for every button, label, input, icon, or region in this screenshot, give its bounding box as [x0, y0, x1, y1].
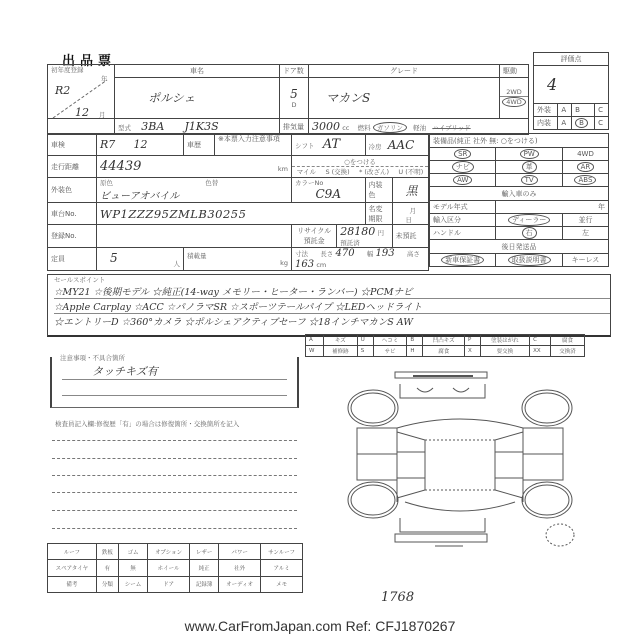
legend-code: C	[530, 335, 551, 346]
options-cell: アルミ	[261, 560, 303, 576]
capacity-unit: 人	[174, 259, 181, 268]
car-name: ポルシェ	[148, 91, 195, 105]
options-cell: シーム	[119, 576, 148, 592]
width-value: 193	[376, 248, 395, 259]
legend-code: XX	[530, 346, 551, 357]
model-prefix: 3BA	[141, 120, 164, 133]
inspection-label: 車検	[48, 134, 97, 156]
car-outline-icon	[335, 360, 585, 550]
model-label: 型式	[118, 124, 131, 132]
watermark: www.CarFromJapan.com Ref: CFJ1870267	[0, 618, 640, 634]
diagonal-line	[51, 74, 111, 122]
length-value: 470	[335, 248, 354, 259]
legend-meaning: 補修跡	[323, 346, 357, 357]
options-table: ルーフ鉄板ゴムオプションレザーパワーサンルーフスペアタイヤ有無ホイール純正社外ア…	[47, 543, 303, 593]
inspector-title: 検査員記入欄:修復歴「有」の場合は修復箇所・交換箇所を記入	[55, 419, 239, 428]
legend-code: B	[407, 335, 423, 346]
handle-label: ハンドル	[430, 227, 496, 240]
inspector-line	[52, 458, 297, 459]
grade-label: グレード	[309, 65, 500, 78]
color-label: 外装色	[48, 178, 97, 203]
inspector-line	[52, 528, 297, 529]
grade-value: マカンS	[326, 91, 370, 105]
fuel-diesel: 軽油	[413, 124, 426, 132]
doors-unit: D	[283, 101, 305, 109]
ext-grade-b: B	[572, 104, 595, 117]
color-change-label: 色替	[205, 179, 218, 187]
mileage-label: 走行距離	[48, 156, 97, 178]
equipment-header: 装備品(純正 社外 無: ○をつける)	[430, 134, 609, 148]
equip-leather: 革	[522, 161, 537, 173]
sales-points-label: セールスポイント	[54, 275, 610, 284]
interior-color-label: 内装色	[365, 178, 392, 203]
drive-top-label: 駆動	[500, 65, 529, 78]
options-cell: 純正	[190, 560, 219, 576]
legend-code: X	[465, 346, 481, 357]
aircon-label: 冷房	[369, 143, 382, 151]
legend-meaning: ヘコミ	[373, 335, 407, 346]
options-cell: スペアタイヤ	[48, 560, 97, 576]
legend-code: P	[465, 335, 481, 346]
equip-ar: AR	[577, 162, 595, 172]
options-cell: 社外	[219, 560, 261, 576]
vin-label: 車台No.	[48, 203, 97, 225]
exterior-label: 外装	[534, 104, 558, 117]
equip-abs: ABS	[574, 175, 596, 185]
legend-code: H	[407, 346, 423, 357]
height-value: 163	[295, 259, 314, 270]
mileage-opt-unknown: U (不明)	[398, 167, 423, 176]
int-grade-a: A	[558, 117, 572, 130]
score-value: 4	[547, 75, 557, 94]
int-grade-b-circled: B	[575, 118, 588, 128]
doc-manual-circled: 取扱説明書	[508, 254, 551, 266]
width-label: 幅	[367, 250, 374, 258]
interior-color-value: 黒	[406, 184, 418, 198]
doc-warranty-circled: 新車保証書	[441, 254, 484, 266]
load-label: 積載量	[187, 252, 207, 260]
options-cell: ゴム	[119, 544, 148, 560]
doors-label: ドア数	[280, 65, 309, 78]
length-label: 長さ	[320, 250, 333, 258]
legend-code: S	[357, 346, 373, 357]
equip-navi: ナビ	[452, 161, 474, 173]
legend-meaning: 交換済	[551, 346, 585, 357]
shift-label: シフト	[295, 142, 315, 150]
aircon-value: AAC	[388, 138, 415, 152]
registration-no-label: 登録No.	[48, 225, 97, 248]
equipment-table: 装備品(純正 社外 無: ○をつける) SR PW 4WD ナビ 革 AR AW…	[429, 133, 609, 267]
options-cell: オーディオ	[219, 576, 261, 592]
inspector-line	[52, 440, 297, 441]
legend-meaning: 腐食	[551, 335, 585, 346]
equip-4wd: 4WD	[562, 148, 608, 161]
name-change-label: 名変期限	[365, 203, 392, 225]
options-cell: 備考	[48, 576, 97, 592]
options-cell: 無	[119, 560, 148, 576]
recycle-unpaid: 未預託	[392, 225, 429, 248]
score-table: 評価点 4 外装 A B C 内装 A B C	[533, 52, 609, 130]
model-year-unit: 年	[496, 201, 609, 214]
color-no-value: C9A	[295, 187, 362, 201]
options-cell: 有	[96, 560, 118, 576]
color-orig-label: 原色	[100, 179, 113, 187]
legend-code: W	[306, 346, 324, 357]
options-cell: 分類	[96, 576, 118, 592]
fuel-label: 燃料	[358, 124, 371, 132]
notes-content: タッチキズ有	[92, 363, 158, 379]
displacement-unit: cc	[342, 124, 349, 132]
history-note: ※本票入力注意事項	[215, 134, 292, 156]
recycle-unit: 円	[378, 229, 385, 237]
inspector-line	[52, 475, 297, 476]
vin-value: WP1ZZZ95ZMLB30255	[100, 207, 246, 221]
inspection-value: R7	[100, 138, 115, 151]
capacity-label: 定員	[48, 248, 97, 271]
equip-sr: SR	[454, 149, 471, 159]
equip-pw: PW	[520, 149, 539, 159]
handle-right-circled: 右	[522, 227, 537, 239]
name-change-day: 日	[406, 216, 413, 224]
model-year-label: モデル年式	[430, 201, 496, 214]
equip-tv: TV	[521, 175, 538, 185]
interior-label: 内装	[534, 117, 558, 130]
load-unit: kg	[280, 259, 288, 267]
options-cell: ホイール	[148, 560, 190, 576]
fuel-selected: ガソリン	[373, 122, 407, 133]
name-change-month: 月	[410, 207, 417, 215]
height-label: 高さ	[407, 250, 420, 258]
capacity-value: 5	[110, 251, 118, 265]
inspector-line	[52, 510, 297, 511]
damage-legend: AキズUヘコミB凹凸キズP塗装はがれC腐食 W補修跡SサビH腐食X要交換XX交換…	[305, 334, 585, 357]
mileage-opt-mile: マイル	[297, 167, 316, 176]
options-cell: 鉄板	[96, 544, 118, 560]
int-grade-c: C	[595, 117, 609, 130]
options-cell: レザー	[190, 544, 219, 560]
legend-meaning: 塗装はがれ	[480, 335, 530, 346]
options-cell: 記録簿	[190, 576, 219, 592]
recycle-label: リサイクル預託金	[292, 225, 337, 248]
options-cell: メモ	[261, 576, 303, 592]
drive-2wd: 2WD	[500, 88, 528, 97]
recycle-value: 28180	[340, 225, 375, 238]
sales-point-line-2: ☆Apple Carplay ☆ACC ☆パノラマSR ☆スポーツテールパイプ …	[54, 299, 610, 314]
options-cell: ルーフ	[48, 544, 97, 560]
options-cell: ドア	[148, 576, 190, 592]
shift-value: AT	[323, 137, 340, 152]
drive-4wd-circled: 4WD	[502, 97, 526, 107]
car-damage-diagram	[335, 360, 585, 550]
notes-box: 注意事項・不具合箇所 タッチキズ有	[50, 357, 299, 408]
legend-meaning: キズ	[323, 335, 357, 346]
docs-header: 後日発送品	[430, 240, 609, 254]
options-cell: サンルーフ	[261, 544, 303, 560]
header-table: 初年度登録 R2 年 12 月 車名 ドア数 グレード 駆動 ポルシェ 5 D …	[47, 64, 529, 135]
mileage-opt-tampered: * (改ざん)	[359, 167, 389, 176]
size-unit: cm	[316, 261, 326, 269]
mileage-value: 44439	[100, 159, 141, 174]
fuel-hybrid: ハイブリッド	[432, 124, 470, 132]
notes-title: 注意事項・不具合箇所	[58, 353, 127, 362]
mileage-status-header: ○をつける	[292, 157, 428, 167]
sales-points-box: セールスポイント ☆MY21 ☆後期モデル ☆純正(14-way メモリー・ヒー…	[47, 274, 611, 337]
mileage-opt-replaced: S (交換)	[325, 167, 349, 176]
ext-grade-a: A	[558, 104, 572, 117]
color-orig-value: ビューアオバイル	[100, 187, 288, 202]
details-table: 車検 R7 12 車歴 ※本票入力注意事項 シフト AT 冷房 AAC 走行距離…	[47, 133, 429, 271]
doc-keyless: キーレス	[562, 254, 608, 267]
handle-left: 左	[562, 227, 608, 240]
options-cell: パワー	[219, 544, 261, 560]
legend-code: U	[357, 335, 373, 346]
ext-grade-c: C	[595, 104, 609, 117]
legend-code: A	[306, 335, 324, 346]
doors-value: 5	[283, 87, 305, 101]
legend-meaning: 凹凸キズ	[423, 335, 465, 346]
car-name-label: 車名	[115, 65, 280, 78]
import-parallel: 並行	[562, 214, 608, 227]
legend-meaning: 腐食	[423, 346, 465, 357]
options-cell: オプション	[148, 544, 190, 560]
color-no-label: カラーNo	[295, 178, 362, 187]
displacement-value: 3000	[312, 120, 340, 133]
mileage-unit: km	[278, 165, 288, 173]
inspection-month: 12	[134, 138, 148, 151]
import-dealer-circled: ディーラー	[508, 214, 550, 226]
model-code: J1K3S	[185, 120, 219, 133]
score-label: 評価点	[534, 53, 609, 66]
import-type-label: 輸入区分	[430, 214, 496, 227]
legend-meaning: サビ	[373, 346, 407, 357]
sales-point-line-3: ☆エントリーD ☆360°カメラ ☆ポルシェアクティブセーフ ☆18インチマカン…	[54, 314, 610, 328]
history-label: 車歴	[184, 134, 215, 156]
inspector-line	[52, 492, 297, 493]
stamp-number: 1768	[381, 590, 414, 605]
equip-aw: AW	[453, 175, 472, 185]
import-header: 輸入車のみ	[430, 187, 609, 201]
legend-meaning: 要交換	[480, 346, 530, 357]
recycle-status: 預託済	[340, 239, 360, 247]
sales-point-line-1: ☆MY21 ☆後期モデル ☆純正(14-way メモリー・ヒーター・ランバー) …	[54, 284, 610, 299]
size-label: 寸法	[295, 250, 308, 258]
first-reg-label: 初年度登録	[51, 65, 111, 74]
